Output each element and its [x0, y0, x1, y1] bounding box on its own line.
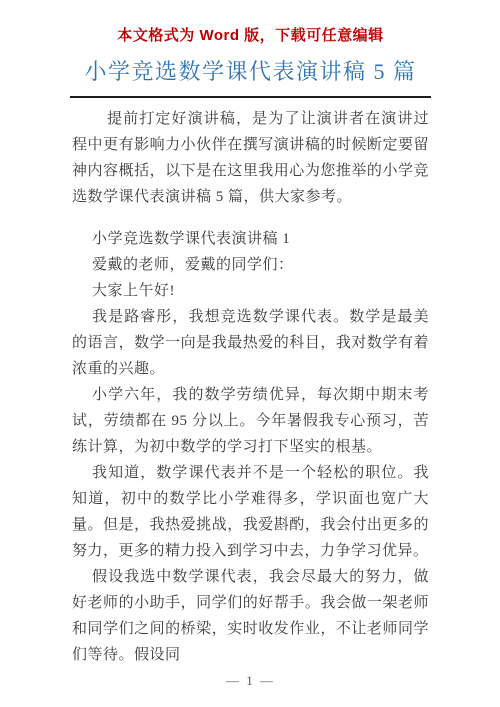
greeting-line: 大家上午好! — [72, 278, 429, 304]
format-notice: 本文格式为 Word 版，下载可任意编辑 — [72, 27, 429, 45]
body-paragraph: 我知道，数学课代表并不是一个轻松的职位。我知道，初中的数学比小学难得多，学识面也… — [72, 460, 429, 564]
title-divider — [70, 96, 431, 98]
body-paragraph: 假设我选中数学课代表，我会尽最大的努力，做好老师的小助手，同学们的好帮手。我会做… — [72, 564, 429, 668]
salutation-line: 爱戴的老师，爱戴的同学们： — [72, 252, 429, 278]
speech-section-heading: 小学竞选数学课代表演讲稿 1 — [72, 226, 429, 252]
page-number: — 1 — — [72, 668, 429, 694]
document-body: 提前打定好演讲稿，是为了让演讲者在演讲过程中更有影响力小伙伴在撰写演讲稿的时候断… — [72, 106, 429, 668]
body-paragraph: 我是路睿彤，我想竞选数学课代表。数学是最美的语言，数学一向是我最热爱的科目，我对… — [72, 304, 429, 382]
intro-paragraph: 提前打定好演讲稿，是为了让演讲者在演讲过程中更有影响力小伙伴在撰写演讲稿的时候断… — [72, 106, 429, 210]
body-paragraph: 小学六年，我的数学劳绩优异，每次期中期末考试，劳绩都在 95 分以上。今年暑假我… — [72, 382, 429, 460]
document-page: 本文格式为 Word 版，下载可任意编辑 小学竞选数学课代表演讲稿 5 篇 提前… — [0, 0, 500, 707]
document-title: 小学竞选数学课代表演讲稿 5 篇 — [72, 58, 429, 86]
